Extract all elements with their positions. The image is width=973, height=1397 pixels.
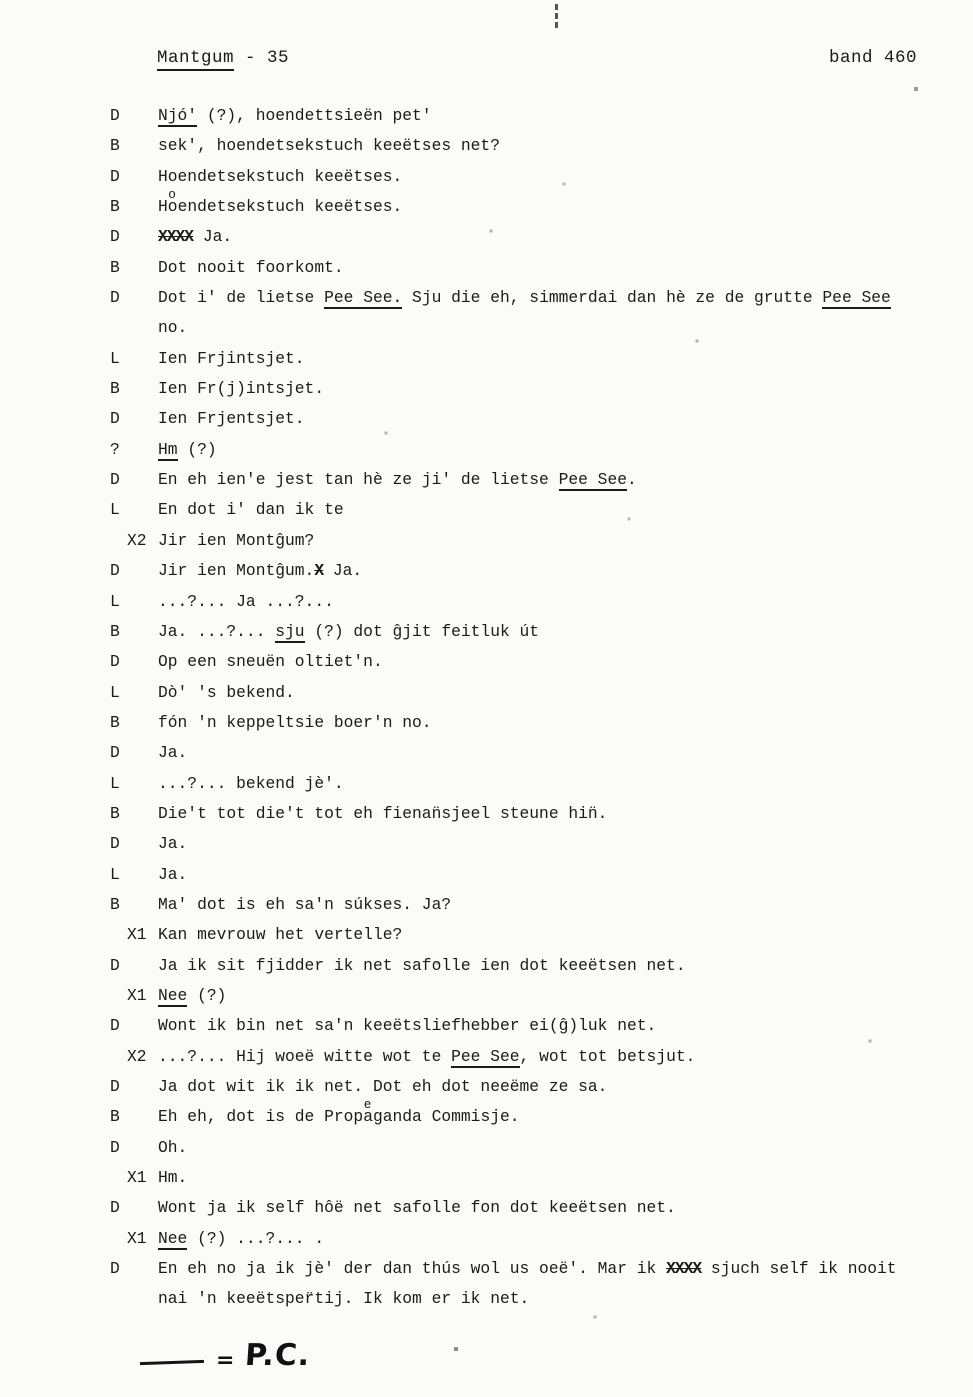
speaker-label: L — [110, 500, 158, 520]
transcript-line: BDot nooit foorkomt. — [0, 258, 973, 288]
line-text: Hm (?) — [158, 440, 217, 460]
band-label: band 460 — [829, 48, 917, 68]
transcript-line: LDò' 's bekend. — [0, 683, 973, 713]
speaker-label: D — [110, 652, 158, 672]
line-text: Ja. — [158, 865, 187, 885]
footer-legend: = P.C. — [140, 1338, 311, 1373]
legend-line-icon — [140, 1360, 204, 1365]
line-text: ...?... Hij woeë witte wot te Pee See, w… — [158, 1047, 695, 1067]
line-text: Nee (?) — [158, 986, 226, 1006]
transcript-line: Bfón 'n keppeltsie boer'n no. — [0, 713, 973, 743]
transcript-line: BEh eh, dot is de Propaeganda Commisje. — [0, 1107, 973, 1137]
speaker-label: D — [110, 1198, 158, 1218]
line-text: Kan mevrouw het vertelle? — [158, 925, 402, 945]
page: { "header": { "title_word": "Mantgum", "… — [0, 0, 973, 1397]
transcript-line: DJa. — [0, 834, 973, 864]
scan-noise — [0, 0, 2, 2]
speaker-label: B — [110, 258, 158, 278]
line-text: Wont ja ik self hôë net safolle fon dot … — [158, 1198, 676, 1218]
transcript-line: DJa. — [0, 743, 973, 773]
speaker-label: D — [110, 106, 158, 126]
speaker-label: B — [110, 1107, 158, 1127]
line-text: Ien Frjentsjet. — [158, 409, 305, 429]
line-text: Eh eh, dot is de Propaeganda Commisje. — [158, 1107, 520, 1127]
line-text: Ma' dot is eh sa'n súkses. Ja? — [158, 895, 451, 915]
speaker-label: D — [110, 288, 158, 308]
speaker-label: D — [110, 956, 158, 976]
speaker-label: D — [110, 470, 158, 490]
speaker-label: B — [110, 379, 158, 399]
line-text: Jir ien Montĝum.X Ja. — [158, 561, 362, 581]
speaker-label: D — [110, 1016, 158, 1036]
line-text: Hm. — [158, 1168, 187, 1188]
line-text: Nee (?) ...?... . — [158, 1229, 324, 1249]
line-text: sek', hoendetsekstuch keeëtses net? — [158, 136, 500, 156]
line-text: ...?... bekend jè'. — [158, 774, 344, 794]
transcript-line: DEn eh no ja ik jè' der dan thús wol us … — [0, 1259, 973, 1289]
line-text: Ja dot wit ik ik net. Dot eh dot neeëme … — [158, 1077, 607, 1097]
line-text: Dò' 's bekend. — [158, 683, 295, 703]
transcript-line: LIen Frjintsjet. — [0, 349, 973, 379]
transcript-line: DEn eh ien'e jest tan hè ze ji' de liets… — [0, 470, 973, 500]
speaker-label: D — [110, 167, 158, 187]
transcript-line: LEn dot i' dan ik te — [0, 500, 973, 530]
line-text: Njó' (?), hoendettsieën pet' — [158, 106, 432, 126]
transcript-line: DWont ja ik self hôë net safolle fon dot… — [0, 1198, 973, 1228]
line-text: Hooendetsekstuch keeëtses. — [158, 197, 402, 217]
legend-label: P.C. — [244, 1338, 312, 1373]
speaker-label: X1 — [110, 1229, 158, 1249]
transcript-line: DOp een sneuën oltiet'n. — [0, 652, 973, 682]
speaker-label: D — [110, 561, 158, 581]
speaker-label: X1 — [110, 986, 158, 1006]
transcript-line: DDot i' de lietse Pee See. Sju die eh, s… — [0, 288, 973, 318]
speaker-label: L — [110, 349, 158, 369]
transcript-line: BJa. ...?... sju (?) dot ĝjit feitluk út — [0, 622, 973, 652]
line-text: Ja. — [158, 834, 187, 854]
line-text: Oh. — [158, 1138, 187, 1158]
transcript-line: L...?... Ja ...?... — [0, 592, 973, 622]
fold-mark-icon — [555, 4, 558, 28]
transcript-line: X2Jir ien Montĝum? — [0, 531, 973, 561]
transcript-line: L...?... bekend jè'. — [0, 774, 973, 804]
transcript-line: BMa' dot is eh sa'n súkses. Ja? — [0, 895, 973, 925]
line-text: Ja ik sit fjidder ik net safolle ien dot… — [158, 956, 686, 976]
line-text: Dot nooit foorkomt. — [158, 258, 344, 278]
speaker-label: B — [110, 713, 158, 733]
line-text: no. — [158, 318, 187, 338]
speaker-label: B — [110, 622, 158, 642]
transcript-line: X2...?... Hij woeë witte wot te Pee See,… — [0, 1047, 973, 1077]
line-text: ...?... Ja ...?... — [158, 592, 334, 612]
speaker-label: D — [110, 1138, 158, 1158]
speaker-label: B — [110, 136, 158, 156]
transcript-line: DJa ik sit fjidder ik net safolle ien do… — [0, 956, 973, 986]
transcript-line: ?Hm (?) — [0, 440, 973, 470]
line-text: Wont ik bin net sa'n keeëtsliefhebber ei… — [158, 1016, 656, 1036]
transcript-line: X1Kan mevrouw het vertelle? — [0, 925, 973, 955]
transcript-line: DJa dot wit ik ik net. Dot eh dot neeëme… — [0, 1077, 973, 1107]
line-text: En eh ien'e jest tan hè ze ji' de lietse… — [158, 470, 637, 490]
header: Mantgum - 35 band 460 — [157, 48, 917, 68]
speaker-label: B — [110, 804, 158, 824]
line-text: En dot i' dan ik te — [158, 500, 344, 520]
transcript-line: Bsek', hoendetsekstuch keeëtses net? — [0, 136, 973, 166]
speaker-label: B — [110, 895, 158, 915]
speaker-label: D — [110, 1259, 158, 1279]
speaker-label: D — [110, 1077, 158, 1097]
transcript-line: LJa. — [0, 865, 973, 895]
line-text: Dot i' de lietse Pee See. Sju die eh, si… — [158, 288, 891, 308]
transcript-line: X1Nee (?) — [0, 986, 973, 1016]
transcript-line: DHoendetsekstuch keeëtses. — [0, 167, 973, 197]
speaker-label: L — [110, 865, 158, 885]
transcript-line: BHooendetsekstuch keeëtses. — [0, 197, 973, 227]
speaker-label: X2 — [110, 531, 158, 551]
speaker-label: X2 — [110, 1047, 158, 1067]
transcript-line: BIen Fr(j)intsjet. — [0, 379, 973, 409]
transcript-line: DWont ik bin net sa'n keeëtsliefhebber e… — [0, 1016, 973, 1046]
line-text: nai 'n keeëtsper̈tij. Ik kom er ik net. — [158, 1289, 529, 1309]
line-text: Hoendetsekstuch keeëtses. — [158, 167, 402, 187]
speaker-label: L — [110, 774, 158, 794]
transcript-line: DJir ien Montĝum.X Ja. — [0, 561, 973, 591]
speaker-label: X1 — [110, 925, 158, 945]
transcript-line: nai 'n keeëtsper̈tij. Ik kom er ik net. — [0, 1289, 973, 1319]
speaker-label: D — [110, 409, 158, 429]
line-text: Op een sneuën oltiet'n. — [158, 652, 383, 672]
transcript-line: X1Nee (?) ...?... . — [0, 1229, 973, 1259]
line-text: Ien Frjintsjet. — [158, 349, 305, 369]
line-text: Ja. — [158, 743, 187, 763]
transcript: DNjó' (?), hoendettsieën pet'Bsek', hoen… — [0, 106, 973, 1320]
line-text: Ja. ...?... sju (?) dot ĝjit feitluk út — [158, 622, 539, 642]
line-text: En eh no ja ik jè' der dan thús wol us o… — [158, 1259, 897, 1279]
speaker-label: D — [110, 834, 158, 854]
line-text: Die't tot die't tot eh fienan̈sjeel steu… — [158, 804, 607, 824]
speaker-label: D — [110, 227, 158, 247]
transcript-line: BDie't tot die't tot eh fienan̈sjeel ste… — [0, 804, 973, 834]
line-text: fón 'n keppeltsie boer'n no. — [158, 713, 432, 733]
speaker-label: ? — [110, 440, 158, 460]
legend-equals: = — [216, 1348, 233, 1373]
transcript-line: X1Hm. — [0, 1168, 973, 1198]
speaker-label: D — [110, 743, 158, 763]
line-text: Jir ien Montĝum? — [158, 531, 314, 551]
transcript-line: DNjó' (?), hoendettsieën pet' — [0, 106, 973, 136]
speaker-label: B — [110, 197, 158, 217]
transcript-line: DIen Frjentsjet. — [0, 409, 973, 439]
transcript-line: DOh. — [0, 1138, 973, 1168]
speaker-label: X1 — [110, 1168, 158, 1188]
line-text: Ien Fr(j)intsjet. — [158, 379, 324, 399]
line-text: XXXX Ja. — [158, 227, 232, 247]
speaker-label: L — [110, 592, 158, 612]
transcript-line: DXXXX Ja. — [0, 227, 973, 257]
page-title: Mantgum - 35 — [157, 48, 289, 68]
transcript-line: no. — [0, 318, 973, 348]
speaker-label: L — [110, 683, 158, 703]
